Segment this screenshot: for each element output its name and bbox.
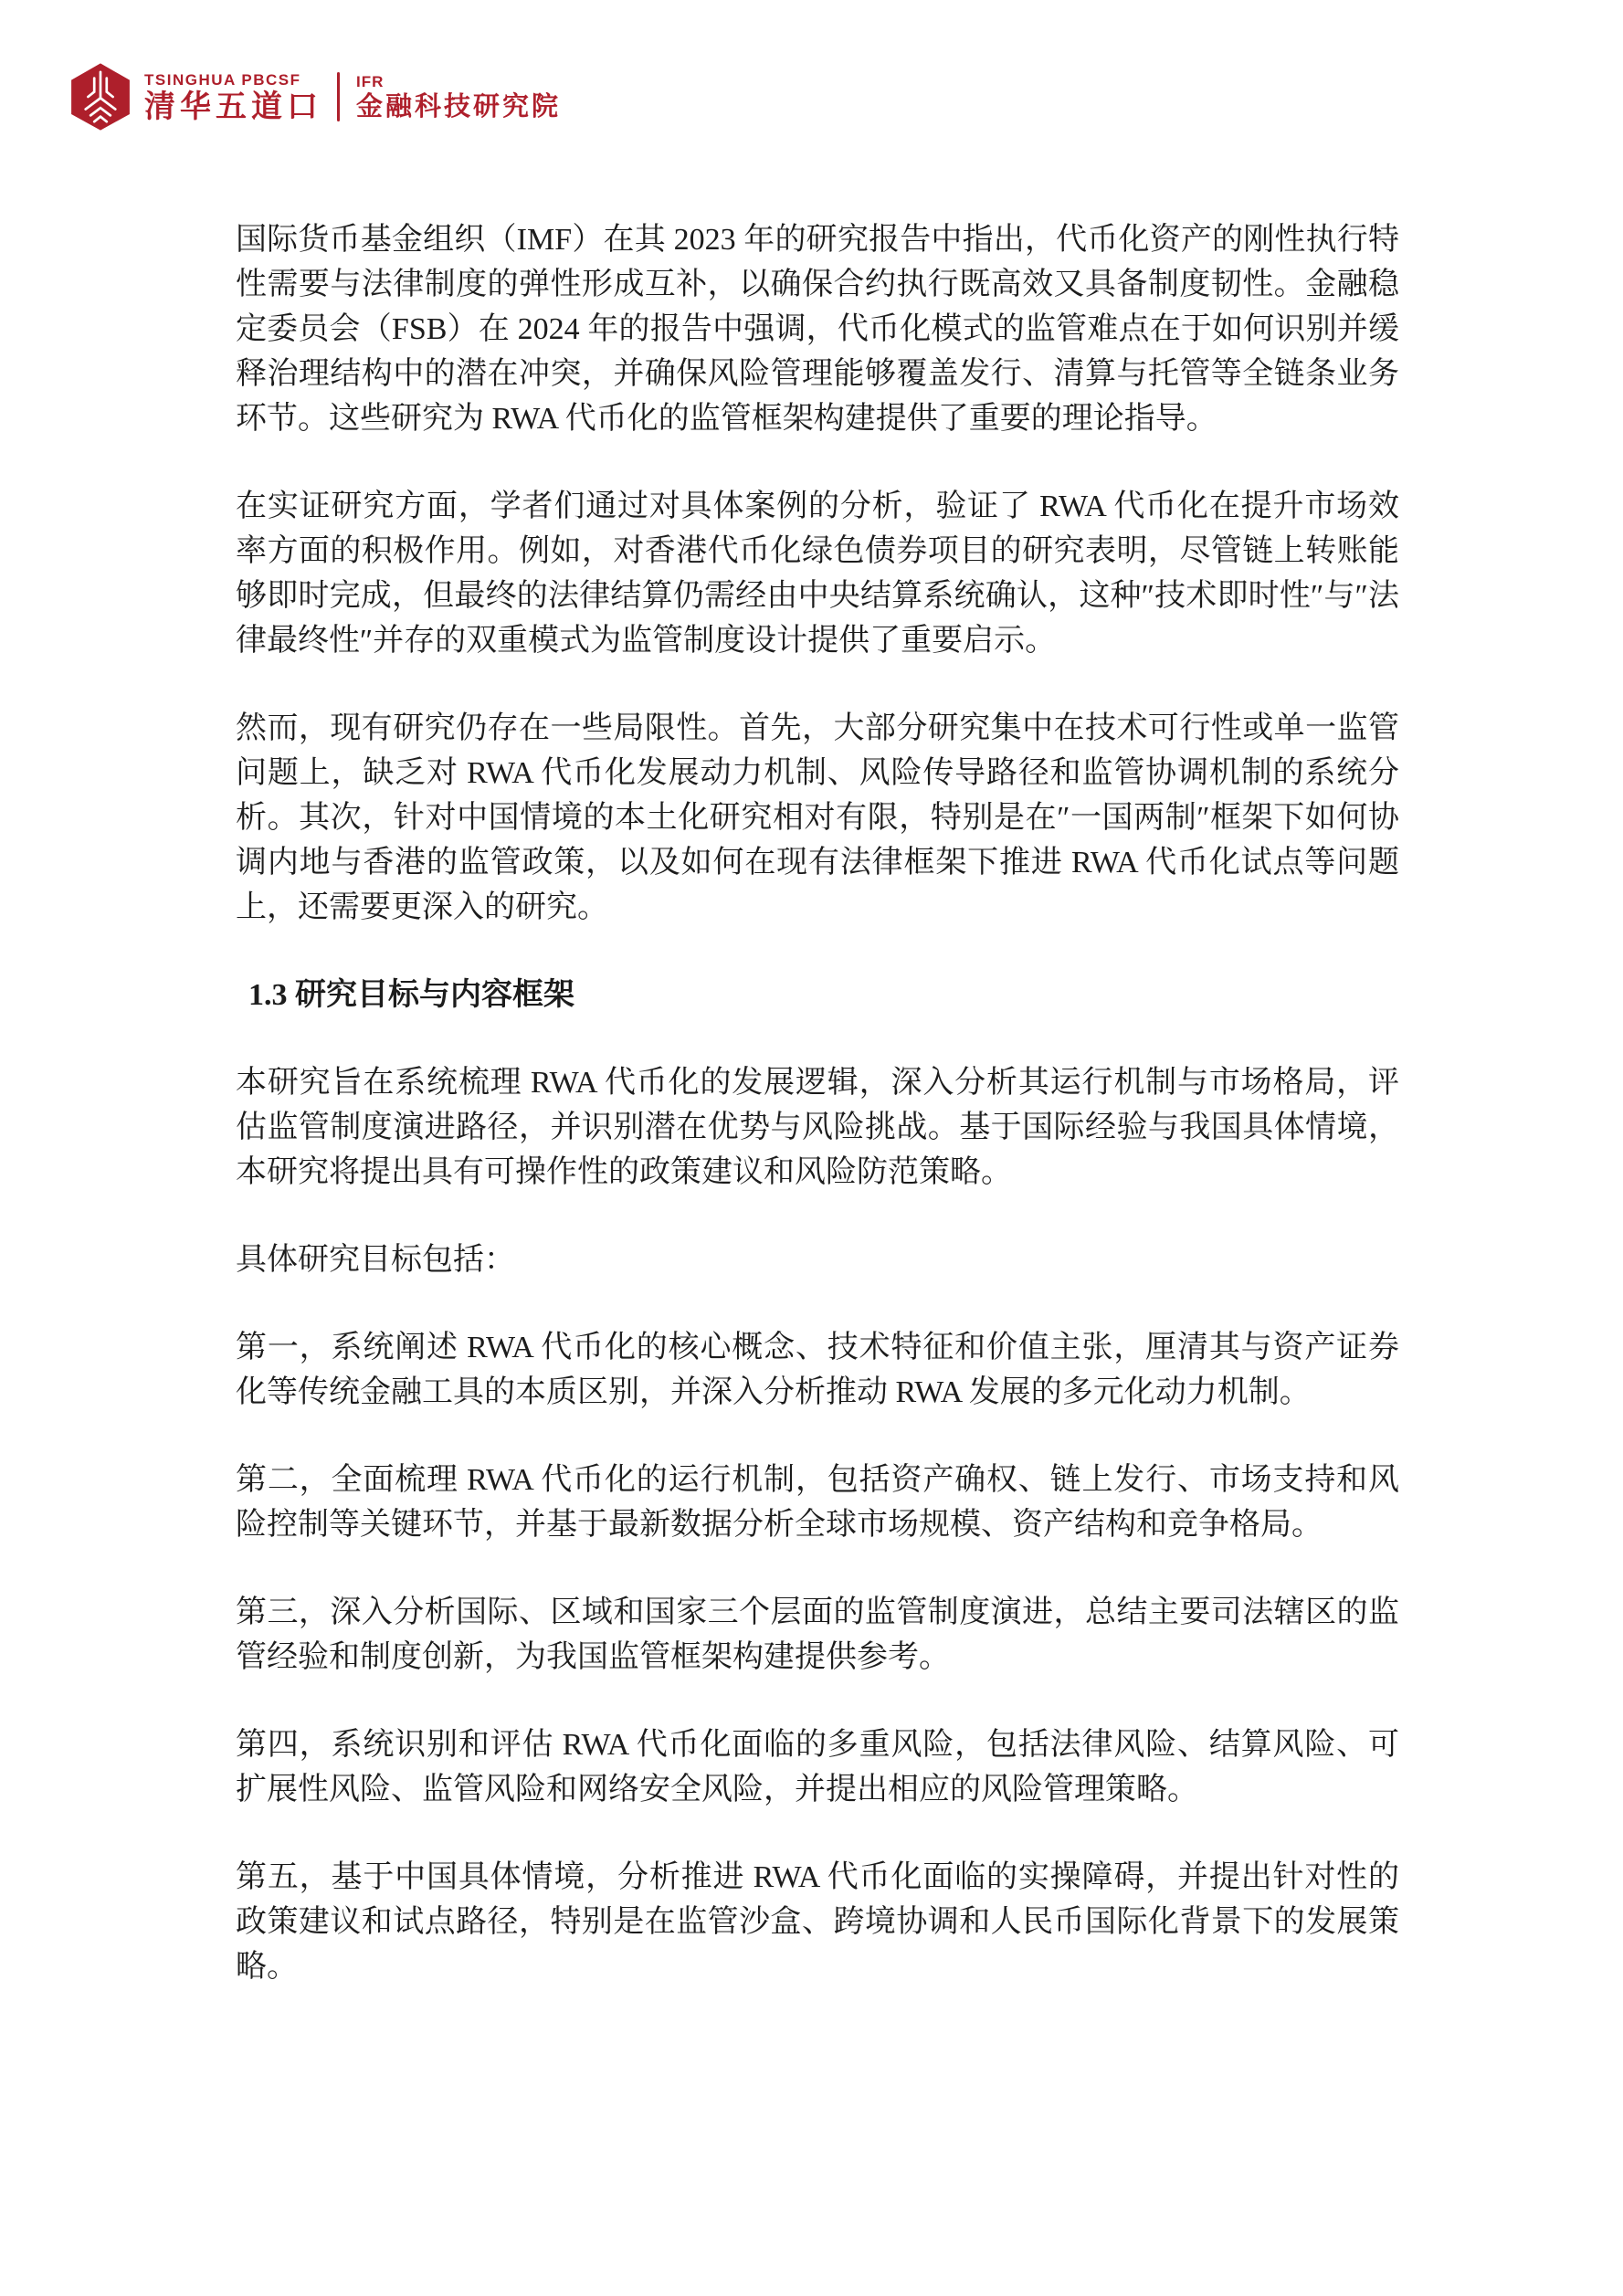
paragraph-goals-intro: 具体研究目标包括：	[236, 1238, 1399, 1282]
paragraph-research-purpose: 本研究旨在系统梳理 RWA 代币化的发展逻辑，深入分析其运行机制与市场格局，评估…	[236, 1060, 1399, 1195]
brand-divider	[337, 72, 340, 121]
paragraph-goal-1: 第一，系统阐述 RWA 代币化的核心概念、技术特征和价值主张，厘清其与资产证券化…	[236, 1325, 1399, 1415]
brand-name-en: TSINGHUA PBCSF	[144, 72, 322, 88]
document-body: 国际货币基金组织（IMF）在其 2023 年的研究报告中指出，代币化资产的刚性执…	[236, 217, 1399, 2032]
paragraph-imf-fsb: 国际货币基金组织（IMF）在其 2023 年的研究报告中指出，代币化资产的刚性执…	[236, 217, 1399, 441]
paragraph-goal-4: 第四，系统识别和评估 RWA 代币化面临的多重风险，包括法律风险、结算风险、可扩…	[236, 1722, 1399, 1812]
org-name-en: IFR	[356, 74, 561, 90]
paragraph-research-limitations: 然而，现有研究仍存在一些局限性。首先，大部分研究集中在技术可行性或单一监管问题上…	[236, 706, 1399, 930]
paragraph-empirical-research: 在实证研究方面，学者们通过对具体案例的分析，验证了 RWA 代币化在提升市场效率…	[236, 484, 1399, 663]
paragraph-goal-5: 第五，基于中国具体情境，分析推进 RWA 代币化面临的实操障碍，并提出针对性的政…	[236, 1855, 1399, 1989]
brand-header: TSINGHUA PBCSF 清华五道口 IFR 金融科技研究院	[69, 62, 561, 132]
paragraph-goal-2: 第二，全面梳理 RWA 代币化的运行机制，包括资产确权、链上发行、市场支持和风险…	[236, 1458, 1399, 1547]
org-name-cn: 金融科技研究院	[356, 94, 561, 121]
brand-name-cn: 清华五道口	[144, 91, 322, 122]
section-heading-1-3: 1.3 研究目标与内容框架	[236, 973, 1399, 1017]
paragraph-goal-3: 第三，深入分析国际、区域和国家三个层面的监管制度演进，总结主要司法辖区的监管经验…	[236, 1590, 1399, 1680]
pbcsf-logo-icon	[69, 62, 132, 132]
